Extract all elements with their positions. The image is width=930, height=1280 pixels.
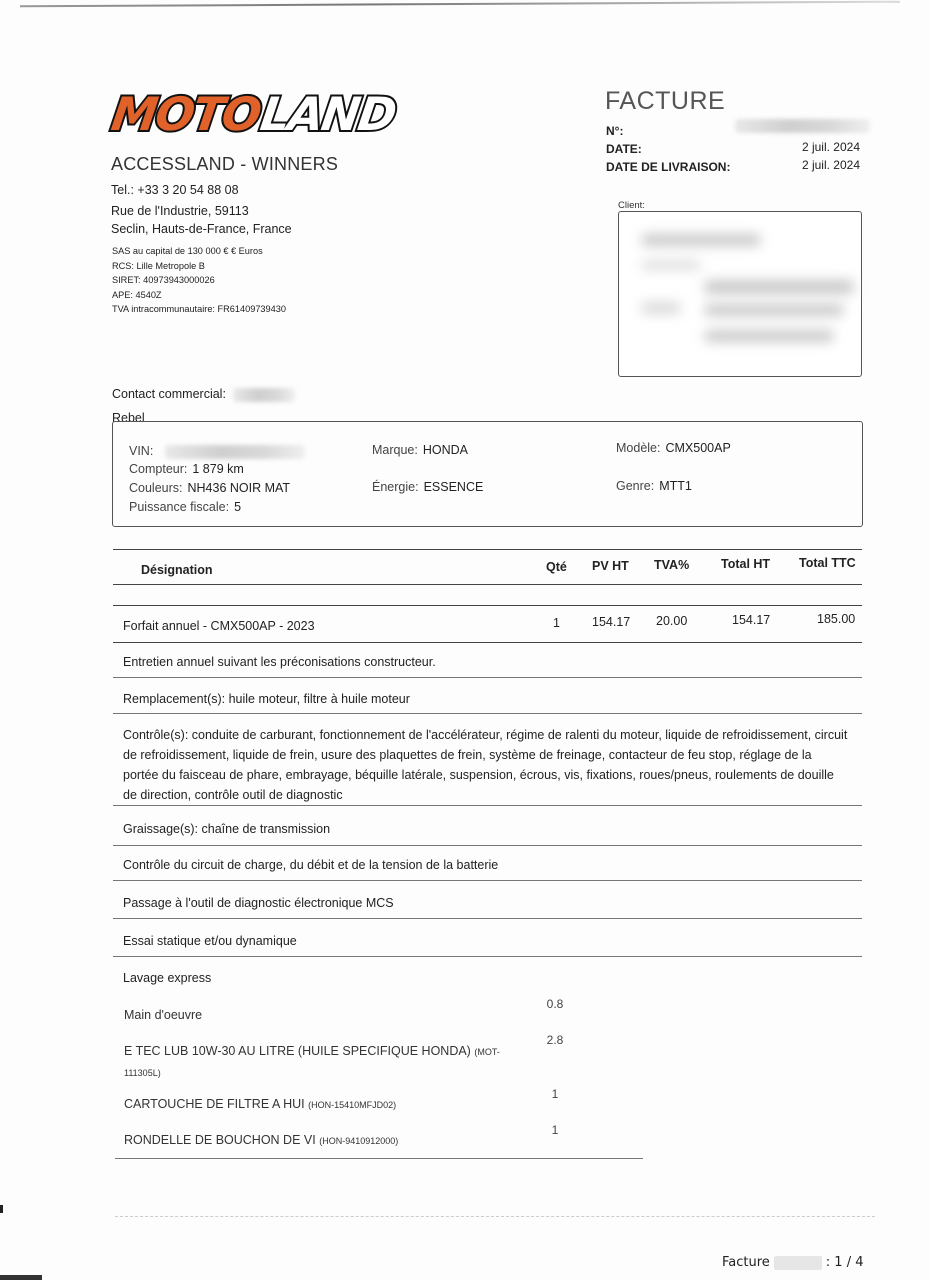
legal-rcs: RCS: Lille Metropole B <box>112 259 286 274</box>
part-name: CARTOUCHE DE FILTRE A HUI (HON-15410MFJD… <box>124 1094 524 1115</box>
company-name: ACCESSLAND - WINNERS <box>111 154 338 175</box>
client-redacted <box>641 234 761 246</box>
description-row: Remplacement(s): huile moteur, filtre à … <box>123 689 848 709</box>
legal-ape: APE: 4540Z <box>112 288 286 303</box>
sales-contact-label: Contact commercial: <box>112 387 226 401</box>
row-total-ht: 154.17 <box>732 613 770 627</box>
row-total-ttc: 185.00 <box>817 612 855 626</box>
invoice-number-redacted <box>735 119 870 133</box>
client-redacted <box>641 302 681 314</box>
legal-siret: SIRET: 40973943000026 <box>112 273 286 288</box>
vehicle-color: Couleurs:NH436 NOIR MAT <box>129 481 290 495</box>
part-qty: 1 <box>540 1123 570 1137</box>
row-pv-ht: 154.17 <box>592 615 630 629</box>
part-ref: (HON-9410912000) <box>319 1136 398 1146</box>
part-qty: 2.8 <box>540 1033 570 1047</box>
footer-rule <box>115 1216 875 1218</box>
description-row: Contrôle du circuit de charge, du débit … <box>123 855 848 875</box>
vehicle-odometer: Compteur:1 879 km <box>129 462 244 476</box>
table-rule <box>113 880 862 881</box>
delivery-date-label: DATE DE LIVRAISON: <box>606 160 730 174</box>
legal-capital: SAS au capital de 130 000 € € Euros <box>112 244 286 259</box>
description-row: Contrôle(s): conduite de carburant, fonc… <box>123 725 848 805</box>
header-total-ht: Total HT <box>721 557 770 571</box>
description-row: Lavage express <box>123 968 848 988</box>
vehicle-model: Modèle:CMX500AP <box>616 441 731 455</box>
client-redacted <box>641 260 701 270</box>
client-address-box <box>618 211 862 377</box>
table-rule <box>113 584 862 585</box>
client-redacted <box>704 304 844 316</box>
header-tva: TVA% <box>654 558 689 572</box>
vehicle-vin: VIN: <box>129 444 305 459</box>
page-footer: Facture : 1 / 4 <box>722 1255 864 1270</box>
table-rule <box>113 918 862 919</box>
company-address-line1: Rue de l'Industrie, 59113 <box>111 204 249 218</box>
company-address-line2: Seclin, Hauts-de-France, France <box>111 222 292 236</box>
footer-invoice-number-redacted <box>774 1256 822 1270</box>
vehicle-info-box: VIN: Compteur:1 879 km Couleurs:NH436 NO… <box>112 421 863 527</box>
table-rule <box>113 642 862 643</box>
invoice-number-label: N°: <box>606 124 623 138</box>
table-rule <box>115 1158 643 1159</box>
logo-moto-text: MOTO <box>109 91 263 137</box>
table-rule <box>113 549 862 550</box>
sales-contact-redacted <box>233 388 295 402</box>
header-designation: Désignation <box>141 563 213 577</box>
company-logo: MOTO LAND <box>112 86 395 142</box>
header-total-ttc: Total TTC <box>799 556 856 570</box>
table-rule <box>113 713 862 714</box>
part-qty: 1 <box>540 1087 570 1101</box>
company-legal-info: SAS au capital de 130 000 € € Euros RCS:… <box>112 244 286 317</box>
part-name: Main d'oeuvre <box>124 1005 524 1025</box>
vehicle-energy: Énergie:ESSENCE <box>372 480 483 494</box>
description-row: Graissage(s): chaîne de transmission <box>123 819 848 839</box>
table-rule <box>113 845 862 846</box>
vehicle-brand: Marque:HONDA <box>372 443 468 457</box>
table-rule <box>113 605 862 606</box>
scan-edge-line <box>20 1 900 8</box>
invoice-title: FACTURE <box>605 87 725 116</box>
logo-land-text: LAND <box>258 91 398 137</box>
vehicle-fiscal-power: Puissance fiscale:5 <box>129 500 241 514</box>
row-qty: 1 <box>553 616 560 630</box>
client-label: Client: <box>618 200 645 211</box>
invoice-date-value: 2 juil. 2024 <box>740 140 860 154</box>
invoice-date-label: DATE: <box>606 142 642 156</box>
scan-mark <box>0 1275 42 1280</box>
part-name: RONDELLE DE BOUCHON DE VI (HON-941091200… <box>124 1130 524 1151</box>
table-rule <box>113 677 862 678</box>
part-qty: 0.8 <box>540 997 570 1011</box>
client-redacted <box>704 330 834 342</box>
table-rule <box>113 956 862 957</box>
row-tva: 20.00 <box>656 614 687 628</box>
row-designation: Forfait annuel - CMX500AP - 2023 <box>123 619 315 633</box>
header-qty: Qté <box>546 560 567 574</box>
delivery-date-value: 2 juil. 2024 <box>740 158 860 172</box>
footer-label: Facture <box>722 1255 770 1270</box>
table-rule <box>113 805 862 806</box>
header-pv-ht: PV HT <box>592 559 629 573</box>
company-phone: Tel.: +33 3 20 54 88 08 <box>111 183 239 197</box>
client-redacted <box>704 280 854 294</box>
description-row: Entretien annuel suivant les préconisati… <box>123 652 848 672</box>
page-indicator: : 1 / 4 <box>826 1255 864 1270</box>
sales-contact: Contact commercial: <box>112 387 295 402</box>
scan-mark <box>0 1205 3 1213</box>
description-row: Passage à l'outil de diagnostic électron… <box>123 893 848 913</box>
legal-tva: TVA intracommunautaire: FR61409739430 <box>112 302 286 317</box>
part-name: E TEC LUB 10W-30 AU LITRE (HUILE SPECIFI… <box>124 1041 504 1083</box>
part-ref: (HON-15410MFJD02) <box>308 1100 396 1110</box>
vin-redacted <box>165 445 305 459</box>
vehicle-genre: Genre:MTT1 <box>616 479 692 493</box>
description-row: Essai statique et/ou dynamique <box>123 931 848 951</box>
